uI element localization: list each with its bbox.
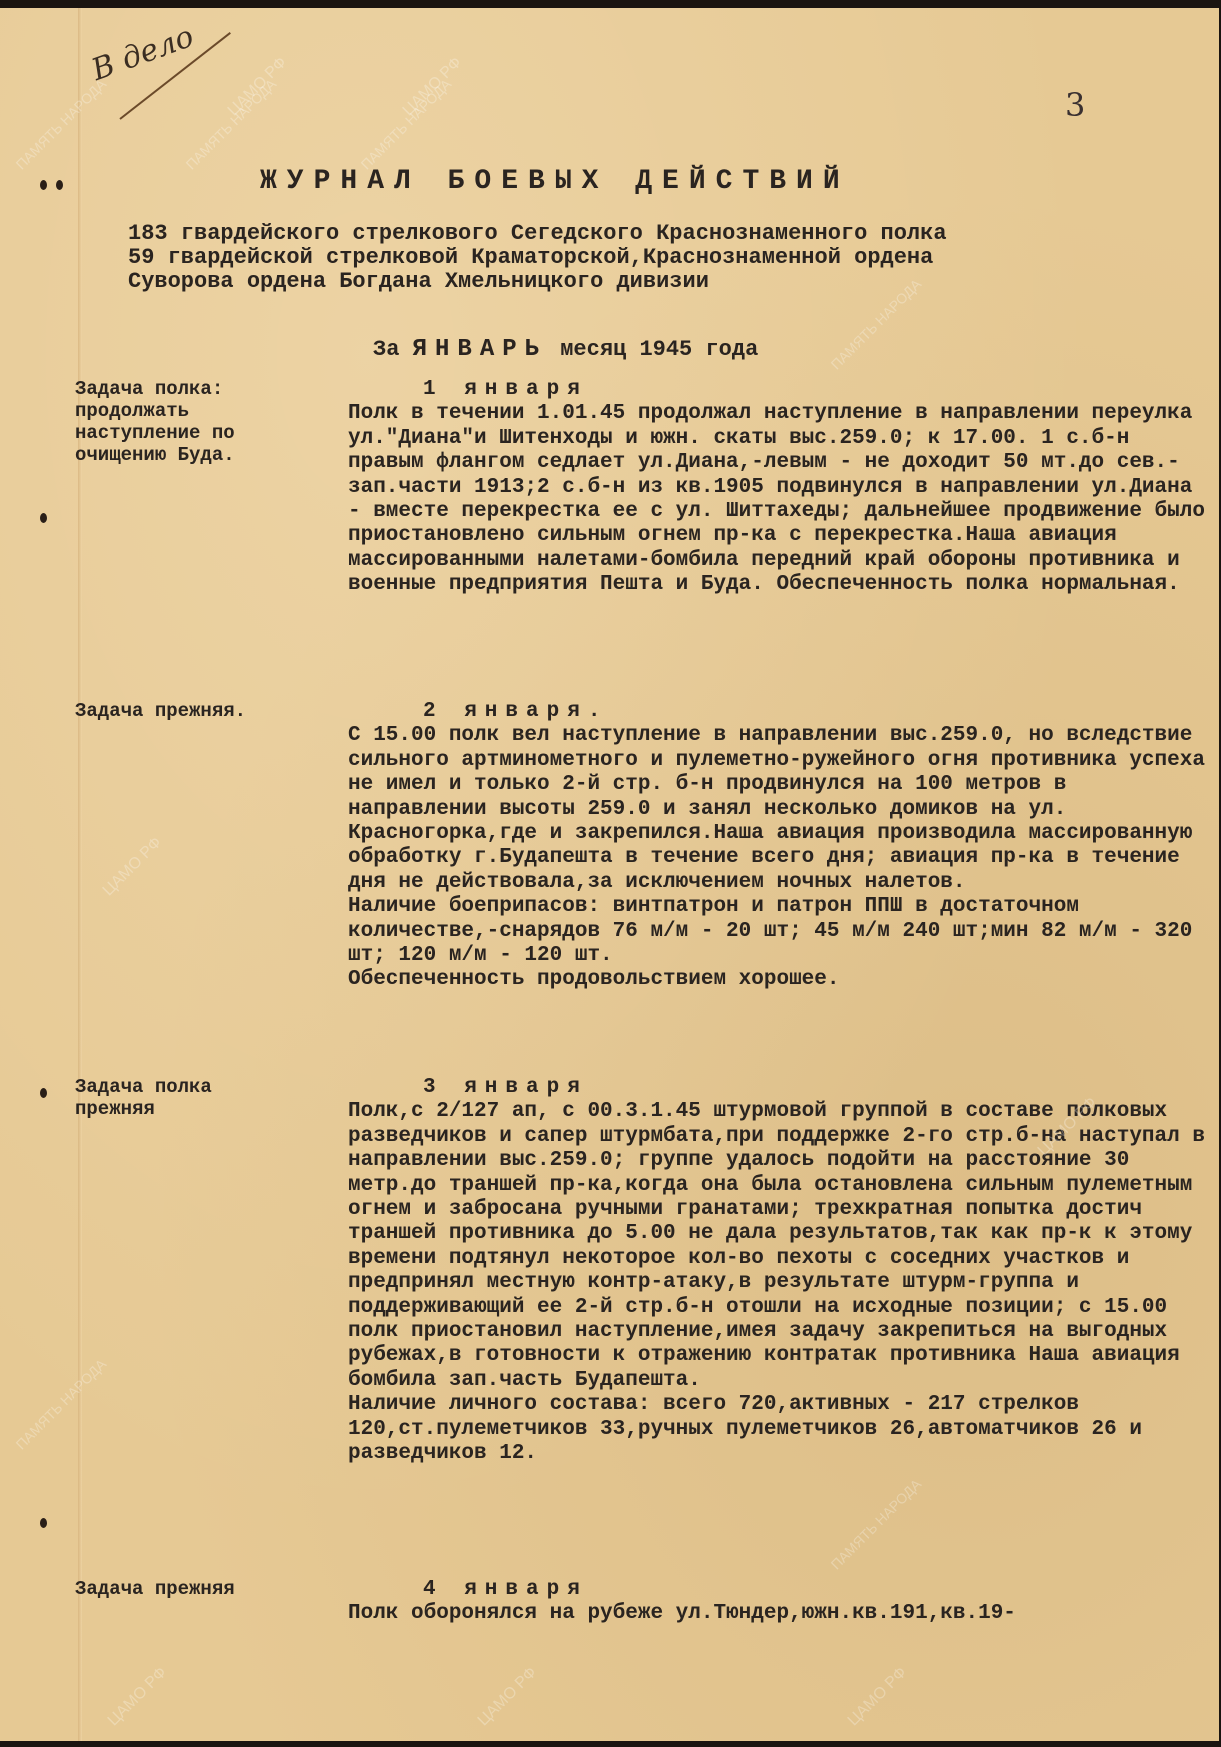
unit-line: 59 гвардейской стрелковой Краматорской,К… — [128, 246, 947, 270]
watermark-project: ПАМЯТЬ НАРОДА — [828, 298, 902, 372]
binding-hole — [40, 180, 47, 190]
entry-text: Полк в течении 1.01.45 продолжал наступл… — [348, 402, 1208, 597]
watermark-archive: ЦАМО РФ — [225, 54, 291, 120]
watermark-project: ПАМЯТЬ НАРОДА — [828, 1498, 902, 1572]
watermark-archive: ЦАМО РФ — [475, 1664, 541, 1730]
watermark-archive: ЦАМО РФ — [400, 54, 466, 120]
watermark-project: ПАМЯТЬ НАРОДА — [183, 98, 257, 172]
watermark-archive: ЦАМО РФ — [105, 1664, 171, 1730]
journal-entry: 4 января Полк оборонялся на рубеже ул.Тю… — [348, 1578, 1208, 1627]
journal-entry: 2 января. С 15.00 полк вел наступление в… — [348, 700, 1208, 993]
entry-text: С 15.00 полк вел наступление в направлен… — [348, 724, 1208, 992]
entry-task: Задача прежняя — [75, 1578, 315, 1600]
entry-date: 1 января — [348, 378, 1208, 402]
binding-fold — [78, 8, 82, 1741]
entry-date: 4 января — [348, 1578, 1208, 1602]
unit-header: 183 гвардейского стрелкового Сегедского … — [128, 222, 947, 294]
watermark-archive: ЦАМО РФ — [100, 834, 166, 900]
watermark-project: ПАМЯТЬ НАРОДА — [13, 98, 87, 172]
watermark-archive: ЦАМО РФ — [845, 1664, 911, 1730]
document-page: В дело 3 ЖУРНАЛ БОЕВЫХ ДЕЙСТВИЙ 183 гвар… — [0, 8, 1219, 1741]
unit-line: Суворова ордена Богдана Хмельницкого див… — [128, 270, 947, 294]
entry-text: Полк,с 2/127 ап, с 00.3.1.45 штурмовой г… — [348, 1100, 1208, 1466]
entry-date: 3 января — [348, 1076, 1208, 1100]
entry-text: Полк оборонялся на рубеже ул.Тюндер,южн.… — [348, 1602, 1208, 1626]
binding-hole — [40, 513, 47, 523]
unit-line: 183 гвардейского стрелкового Сегедского … — [128, 222, 947, 246]
period-month: ЯНВАРЬ — [413, 336, 547, 363]
binding-hole — [56, 180, 63, 190]
period-suffix: месяц 1945 года — [560, 337, 758, 362]
watermark-project: ПАМЯТЬ НАРОДА — [358, 98, 432, 172]
entry-task: Задача полка прежняя — [75, 1076, 275, 1120]
page-number: 3 — [1065, 86, 1085, 124]
journal-entry: 1 января Полк в течении 1.01.45 продолжа… — [348, 378, 1208, 598]
document-title: ЖУРНАЛ БОЕВЫХ ДЕЙСТВИЙ — [260, 166, 850, 197]
journal-entry: 3 января Полк,с 2/127 ап, с 00.3.1.45 шт… — [348, 1076, 1208, 1467]
binding-hole — [40, 1088, 47, 1098]
entry-date: 2 января. — [348, 700, 1208, 724]
entry-task: Задача полка: продолжать наступление по … — [75, 378, 315, 466]
handwritten-note: В дело — [87, 19, 198, 88]
period-heading: За ЯНВАРЬ месяц 1945 года — [373, 336, 758, 363]
watermark-project: ПАМЯТЬ НАРОДА — [13, 1378, 87, 1452]
period-prefix: За — [373, 337, 399, 362]
entry-task: Задача прежняя. — [75, 700, 315, 722]
binding-hole — [40, 1518, 47, 1528]
